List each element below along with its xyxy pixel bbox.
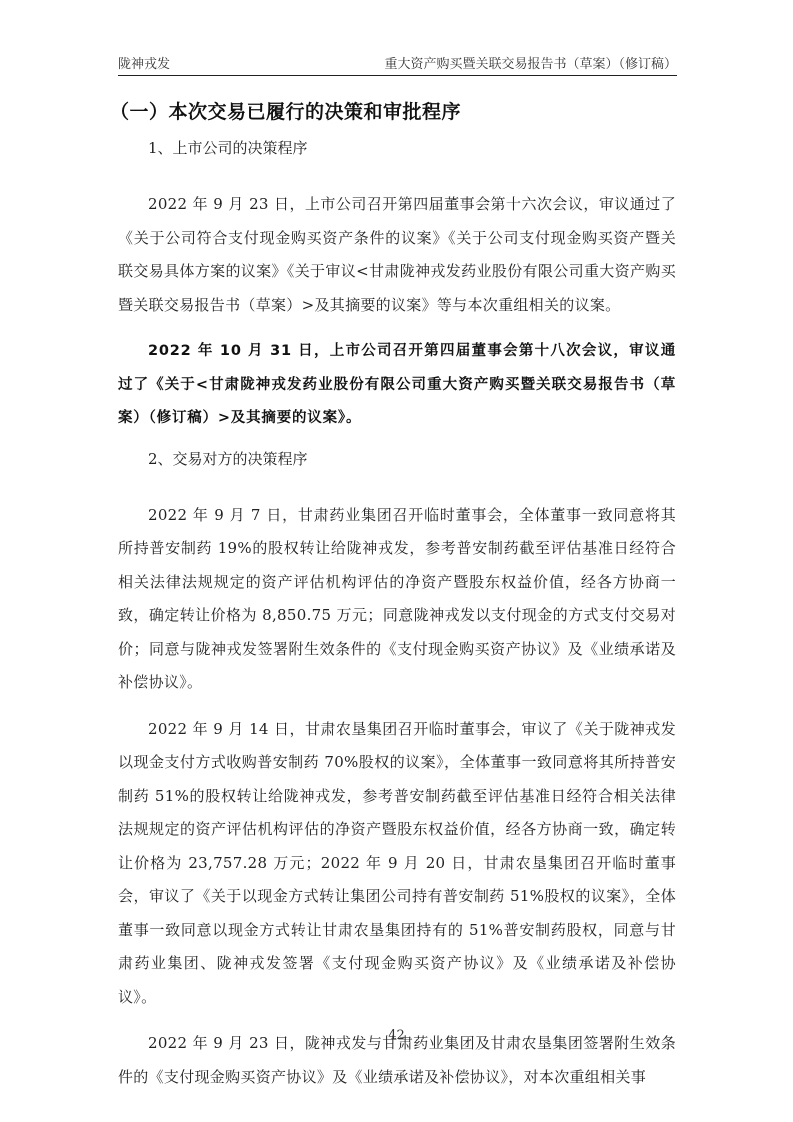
paragraph-gansu-nongken-group: 2022 年 9 月 14 日，甘肃农垦集团召开临时董事会，审议了《关于陇神戎发… (118, 713, 676, 1015)
paragraph-board-meeting-oct-31: 2022 年 10 月 31 日，上市公司召开第四届董事会第十八次会议，审议通过… (118, 335, 676, 436)
subsection-heading-counterparty: 2、交易对方的决策程序 (118, 449, 676, 499)
page-body: （一）本次交易已履行的决策和审批程序 1、上市公司的决策程序 2022 年 9 … (118, 100, 676, 1107)
running-header: 陇神戎发 重大资产购买暨关联交易报告书（草案）（修订稿） (118, 53, 677, 76)
header-document-title: 重大资产购买暨关联交易报告书（草案）（修订稿） (384, 57, 677, 73)
paragraph-gansu-pharma-group: 2022 年 9 月 7 日，甘肃药业集团召开临时董事会，全体董事一致同意将其所… (118, 499, 676, 700)
subsection-heading-listed-company: 1、上市公司的决策程序 (118, 138, 676, 188)
header-company-name: 陇神戎发 (118, 57, 170, 73)
page-number: 42 (0, 1028, 793, 1043)
section-title: （一）本次交易已履行的决策和审批程序 (110, 100, 676, 138)
paragraph-board-meeting-sep-23: 2022 年 9 月 23 日，上市公司召开第四届董事会第十六次会议，审议通过了… (118, 188, 676, 322)
